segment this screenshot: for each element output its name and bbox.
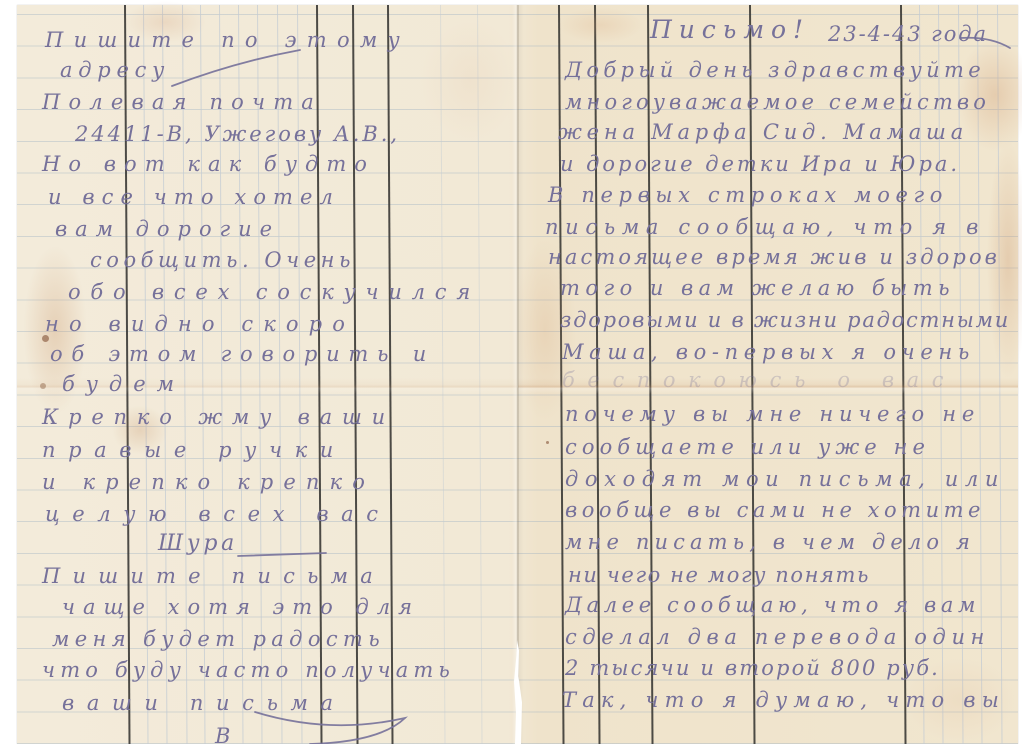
letter-line: почему вы мне ничего не — [565, 402, 980, 426]
letter-line: меня будет радость — [52, 627, 385, 651]
letter-line: ваши письма — [62, 691, 346, 715]
letter-line: Так, что я думаю, что вы — [562, 688, 1005, 712]
ink-blot — [546, 441, 549, 444]
letter-line: сообщить. Очень — [90, 248, 355, 272]
letter-line: того и вам желаю быть — [560, 276, 955, 300]
letter-line: но видно скоро — [45, 312, 355, 336]
letter-line: Маша, во-первых я очень — [562, 340, 975, 364]
letter-line: сообщаете или уже не — [565, 435, 930, 459]
letter-line: сделал два перевода один — [565, 625, 990, 649]
letter-line: Крепко жму ваши — [42, 405, 395, 429]
scanned-letter: Пишите по этому адресу Полевая почта 244… — [0, 0, 1022, 744]
signature: Шура — [158, 532, 238, 556]
letter-line: обо всех соскучился — [68, 280, 480, 304]
letter-line: письма сообщаю, что я в — [545, 215, 985, 239]
letter-line: об этом говорить и — [50, 342, 435, 366]
letter-line: и все что хотел — [48, 185, 340, 209]
letter-line: и дорогие детки Ира и Юра. — [560, 152, 960, 176]
letter-line: Пишите по этому — [45, 28, 410, 52]
letter-line: адресу — [60, 58, 170, 82]
letter-line: вам дорогие — [55, 217, 280, 241]
letter-line: мне писать, в чем дело я — [565, 530, 975, 554]
letter-line: Но вот как будто — [42, 152, 375, 176]
letter-line: настоящее время жив и здоров — [548, 245, 1000, 269]
ink-blot — [40, 383, 46, 389]
letter-line: чаще хотя это для — [62, 595, 420, 619]
ink-blot — [42, 335, 49, 342]
letter-line: Пишите письма — [42, 564, 385, 588]
letter-line: Полевая почта — [42, 90, 322, 114]
letter-line: целую всех вас — [45, 502, 391, 526]
letter-heading: Письмо! — [650, 18, 810, 42]
letter-line: Далее сообщаю, что я вам — [565, 593, 980, 617]
letter-line: правые ручки — [42, 438, 346, 462]
letter-line: доходят мои письма, или — [565, 467, 1005, 491]
letter-line-faded: беспокоюсь о вас — [562, 368, 956, 392]
letter-line: вообще вы сами не хотите — [565, 498, 985, 522]
letter-line: В первых строках моего — [548, 183, 948, 207]
letter-line: многоуважаемое семейство — [565, 90, 990, 114]
letter-line: 2 тысячи и второй 800 руб. — [565, 656, 940, 680]
letter-line: и крепко крепко — [42, 470, 375, 494]
letter-line: Добрый день здравствуйте — [565, 58, 985, 82]
letter-date: 23-4-43 года — [828, 22, 988, 46]
letter-line: жена Марфа Сид. Мамаша — [558, 120, 968, 144]
letter-line: здоровыми и в жизни радостными — [560, 308, 1010, 332]
letter-line-partial: В — [215, 724, 231, 744]
letter-line: что буду часто получать — [42, 658, 455, 682]
letter-line: ни чего не могу понять — [568, 563, 870, 587]
letter-line: будем — [62, 372, 185, 396]
field-post-address: 24411-В, Ужегову А.В., — [75, 122, 400, 146]
